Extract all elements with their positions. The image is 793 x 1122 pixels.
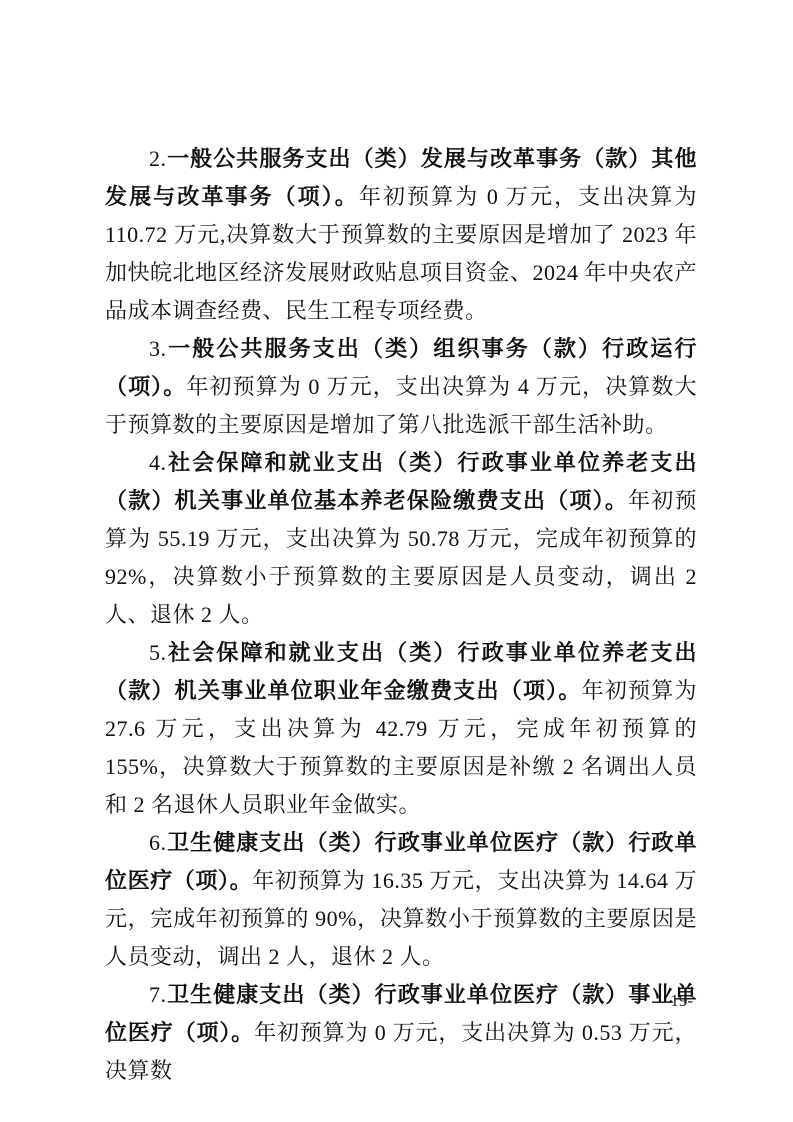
paragraph-2: 2.一般公共服务支出（类）发展与改革事务（款）其他发展与改革事务（项）。年初预算… (105, 140, 697, 330)
paragraph-3: 3.一般公共服务支出（类）组织事务（款）行政运行（项）。年初预算为 0 万元，支… (105, 330, 697, 444)
paragraph-5: 5.社会保障和就业支出（类）行政事业单位养老支出（款）机关事业单位职业年金缴费支… (105, 634, 697, 824)
paragraph-number: 5. (149, 640, 167, 665)
paragraph-6: 6.卫生健康支出（类）行政事业单位医疗（款）行政单位医疗（项）。年初预算为 16… (105, 824, 697, 976)
document-page: 2.一般公共服务支出（类）发展与改革事务（款）其他发展与改革事务（项）。年初预算… (0, 0, 793, 1122)
paragraph-7: 7.卫生健康支出（类）行政事业单位医疗（款）事业单位医疗（项）。年初预算为 0 … (105, 976, 697, 1090)
paragraph-number: 2. (149, 146, 167, 171)
page-body-text: 2.一般公共服务支出（类）发展与改革事务（款）其他发展与改革事务（项）。年初预算… (105, 140, 697, 1090)
paragraph-body-text: 年初预算为 0 万元，支出决算为 4 万元，决算数大于预算数的主要原因是增加了第… (105, 374, 697, 437)
paragraph-number: 3. (149, 336, 167, 361)
paragraph-heading-bold: 社会保障和就业支出（类）行政事业单位养老支出（款）机关事业单位基本养老保险缴费支… (105, 450, 697, 513)
paragraph-4: 4.社会保障和就业支出（类）行政事业单位养老支出（款）机关事业单位基本养老保险缴… (105, 444, 697, 634)
page-number: -19- (665, 991, 693, 1011)
paragraph-number: 6. (149, 830, 167, 855)
paragraph-number: 7. (149, 982, 167, 1007)
paragraph-number: 4. (149, 450, 167, 475)
